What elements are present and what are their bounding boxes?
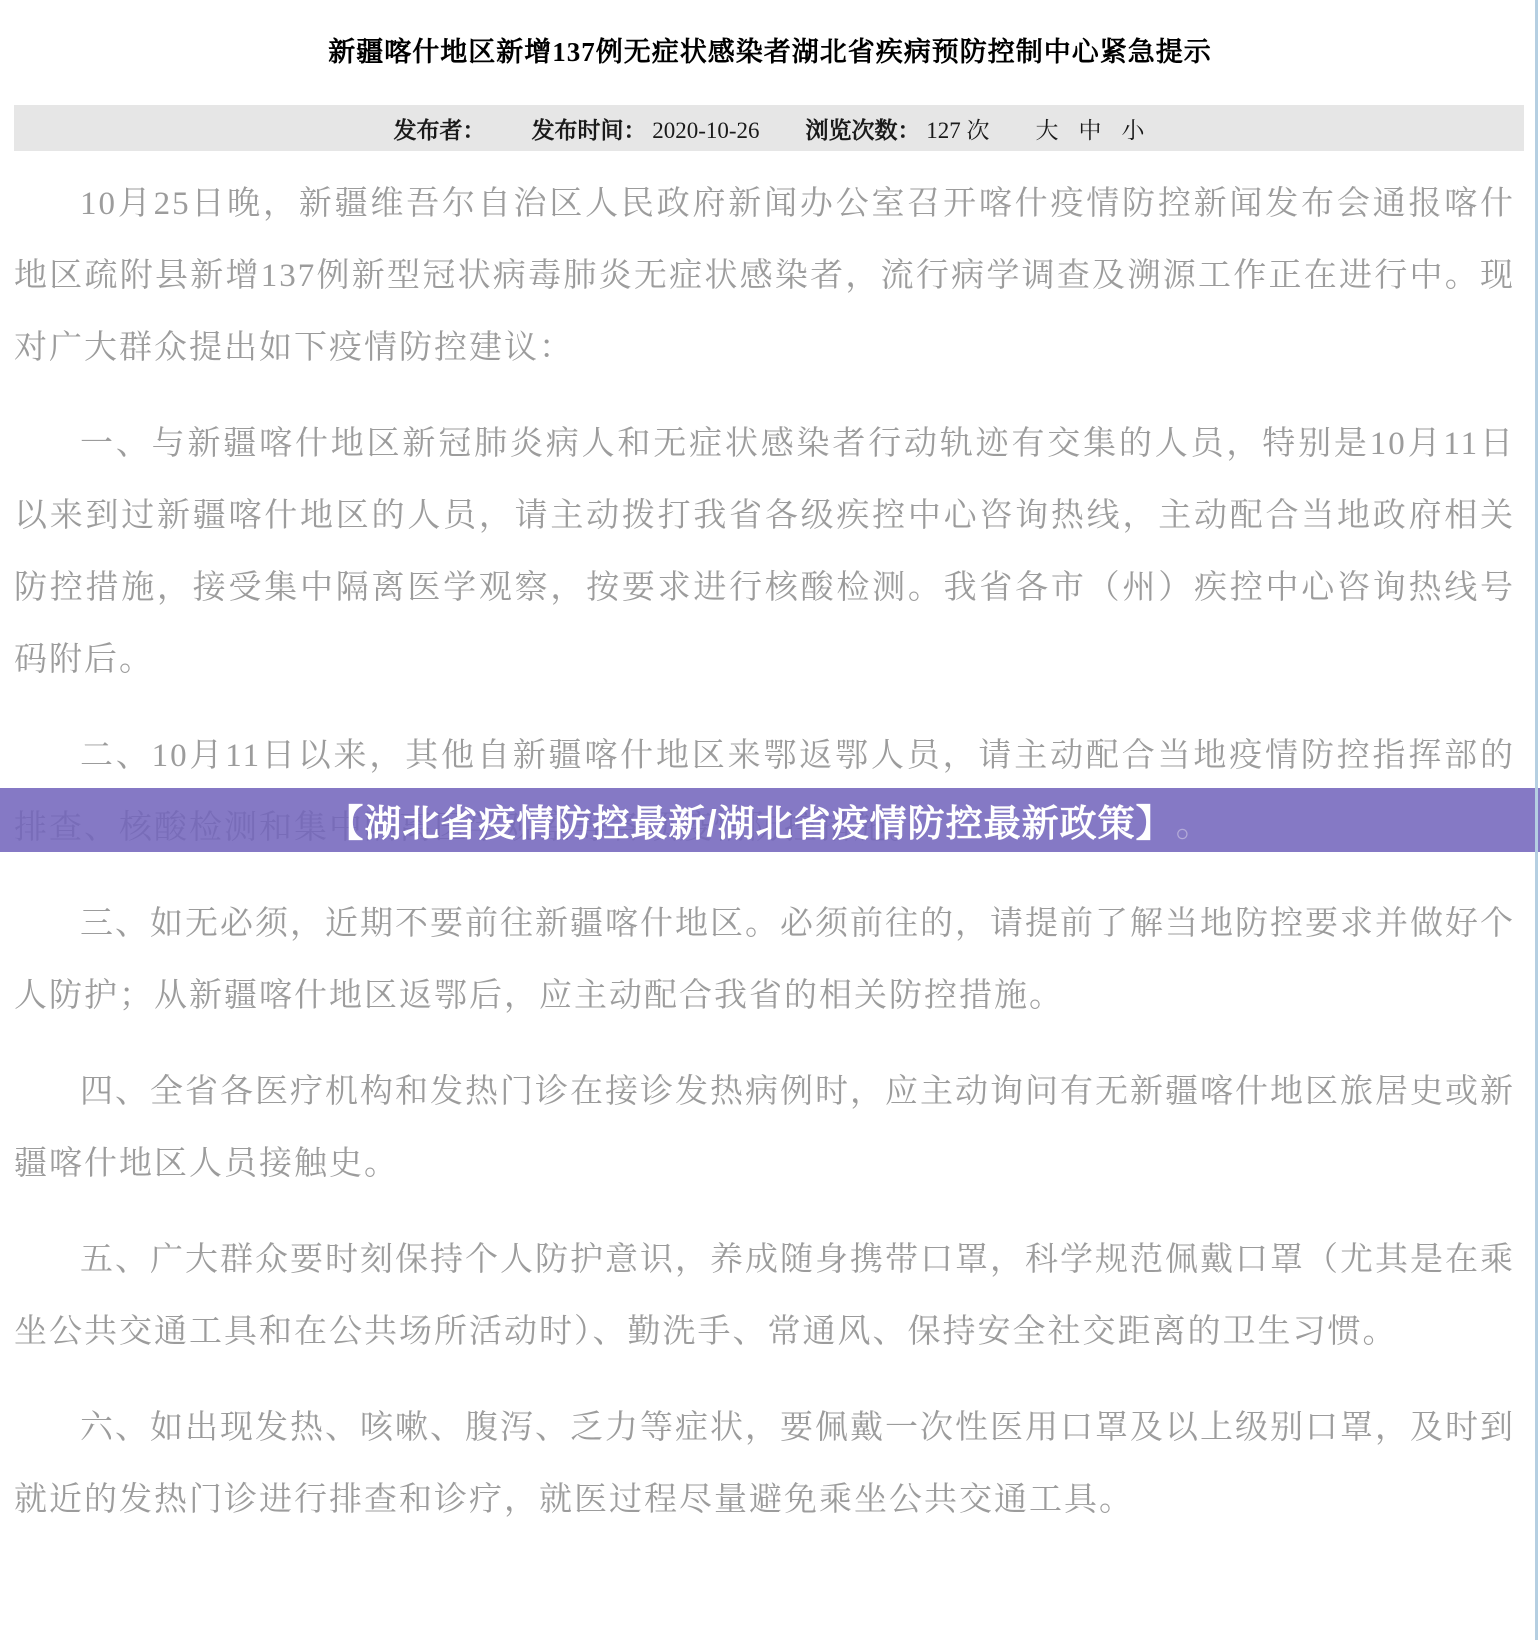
- body-paragraph-item-3: 三、如无必须，近期不要前往新疆喀什地区。必须前往的，请提前了解当地防控要求并做好…: [14, 888, 1515, 1032]
- body-paragraph-item-6: 六、如出现发热、咳嗽、腹泻、乏力等症状，要佩戴一次性医用口罩及以上级别口罩，及时…: [14, 1392, 1515, 1536]
- font-size-controls: 大 中 小: [1036, 112, 1145, 145]
- article-page: 新疆喀什地区新增137例无症状感染者湖北省疾病预防控制中心紧急提示 发布者： 发…: [0, 0, 1540, 1640]
- overlay-trailing-punct: 。: [1176, 793, 1214, 847]
- publisher-field: 发布者：: [393, 112, 485, 145]
- views-value: 127 次: [926, 118, 989, 143]
- views-field: 浏览次数： 127 次: [806, 112, 990, 145]
- body-paragraph-intro: 10月25日晚，新疆维吾尔自治区人民政府新闻办公室召开喀什疫情防控新闻发布会通报…: [14, 168, 1515, 384]
- font-size-small-button[interactable]: 小: [1122, 112, 1145, 145]
- body-paragraph-item-4: 四、全省各医疗机构和发热门诊在接诊发热病例时，应主动询问有无新疆喀什地区旅居史或…: [14, 1056, 1515, 1200]
- publish-time-label: 发布时间：: [531, 118, 646, 143]
- page-title: 新疆喀什地区新增137例无症状感染者湖北省疾病预防控制中心紧急提示: [0, 0, 1540, 70]
- promo-overlay-text[interactable]: 【湖北省疫情防控最新/湖北省疫情防控最新政策】: [326, 793, 1173, 847]
- body-paragraph-item-1: 一、与新疆喀什地区新冠肺炎病人和无症状感染者行动轨迹有交集的人员，特别是10月1…: [14, 408, 1515, 696]
- page-right-border: [1535, 0, 1538, 1640]
- publish-time-field: 发布时间： 2020-10-26: [531, 112, 759, 145]
- publish-time-value: 2020-10-26: [652, 118, 759, 143]
- publisher-label: 发布者：: [393, 118, 485, 143]
- promo-overlay-banner[interactable]: 【湖北省疫情防控最新/湖北省疫情防控最新政策】。: [0, 788, 1540, 852]
- meta-bar: 发布者： 发布时间： 2020-10-26 浏览次数： 127 次 大 中 小: [14, 105, 1524, 151]
- body-paragraph-item-5: 五、广大群众要时刻保持个人防护意识，养成随身携带口罩，科学规范佩戴口罩（尤其是在…: [14, 1224, 1515, 1368]
- font-size-medium-button[interactable]: 中: [1079, 112, 1102, 145]
- font-size-large-button[interactable]: 大: [1036, 112, 1059, 145]
- views-label: 浏览次数：: [806, 118, 921, 143]
